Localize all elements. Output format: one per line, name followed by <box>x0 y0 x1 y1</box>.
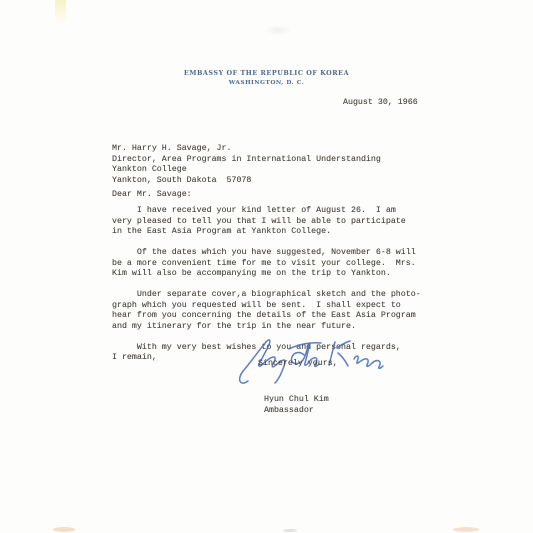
scan-artifact-bottom-center <box>283 529 297 532</box>
letterhead-city: WASHINGTON, D. C. <box>0 80 533 86</box>
paragraph-1: I have received your kind letter of Augu… <box>112 206 421 238</box>
letterhead: EMBASSY OF THE REPUBLIC OF KOREA WASHING… <box>0 69 533 86</box>
scan-artifact-top-smudge <box>264 25 292 35</box>
scan-artifact-top-streak <box>55 0 66 24</box>
letter-date: August 30, 1966 <box>343 98 418 109</box>
scan-artifact-bottom-right <box>453 527 479 532</box>
signature-block-typed: Hyun Chul Kim Ambassador <box>264 395 329 416</box>
recipient-address-block: Mr. Harry H. Savage, Jr. Director, Area … <box>112 144 381 186</box>
letterhead-embassy-name: EMBASSY OF THE REPUBLIC OF KOREA <box>0 69 533 77</box>
paragraph-2: Of the dates which you have suggested, N… <box>112 248 421 280</box>
salutation: Dear Mr. Savage: <box>112 190 192 201</box>
paragraph-3: Under separate cover,a biographical sket… <box>112 290 421 332</box>
scan-artifact-bottom-left <box>53 527 75 532</box>
signature-stroke-crossbar <box>289 343 321 349</box>
letter-page: EMBASSY OF THE REPUBLIC OF KOREA WASHING… <box>0 0 533 533</box>
signoff: Sincerely yours, <box>258 359 338 370</box>
